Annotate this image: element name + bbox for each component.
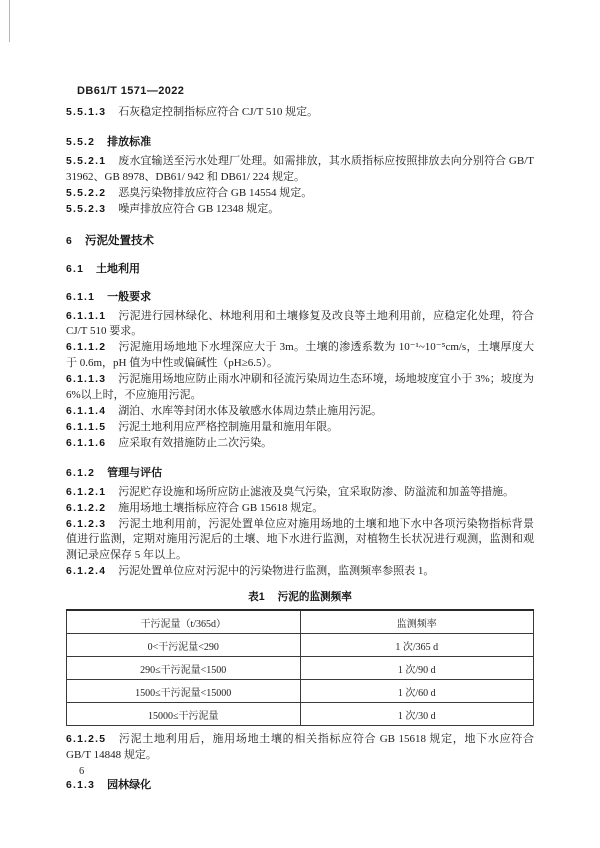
- clause-text: 污泥土地利用前，污泥处置单位应对施用场地的土壤和地下水中各项污染物指标背景值进行…: [66, 518, 534, 562]
- clause-6-1-1-4: 6.1.1.4湖泊、水库等封闭水体及敏感水体周边禁止施用污泥。: [66, 404, 534, 420]
- clause-number: 6.1.2.2: [66, 503, 106, 514]
- clause-6-1-2-1: 6.1.2.1污泥贮存设施和场所应防止滤液及臭气污染，宜采取防渗、防溢流和加盖等…: [66, 485, 534, 501]
- clause-text: 废水宜输送至污水处理厂处理。如需排放，其水质指标应按照排放去向分别符合 GB/T…: [66, 155, 534, 183]
- table-row: 290≤干污泥量<1500 1 次/90 d: [67, 657, 534, 680]
- heading-number: 6: [66, 236, 73, 247]
- table-row: 1500≤干污泥量<15000 1 次/60 d: [67, 680, 534, 703]
- heading-6-1-1: 6.1.1一般要求: [66, 288, 534, 304]
- clause-number: 6.1.2.3: [66, 519, 106, 530]
- table-cell-range: 0<干污泥量<290: [67, 634, 301, 657]
- standard-number-header: DB61/T 1571—2022: [77, 85, 184, 97]
- monitoring-frequency-table: 干污泥量（t/365d） 监测频率 0<干污泥量<290 1 次/365 d 2…: [66, 609, 534, 726]
- clause-6-1-2-4: 6.1.2.4污泥处置单位应对污泥中的污染物进行监测，监测频率参照表 1。: [66, 564, 534, 580]
- clause-text: 湖泊、水库等封闭水体及敏感水体周边禁止施用污泥。: [118, 405, 382, 417]
- clause-number: 6.1.1.5: [66, 422, 106, 433]
- clause-text: 石灰稳定控制指标应符合 CJ/T 510 规定。: [118, 106, 318, 118]
- clause-number: 6.1.1.1: [66, 311, 106, 322]
- heading-number: 6.1.1: [66, 292, 95, 303]
- table-cell-frequency: 1 次/30 d: [300, 703, 534, 726]
- table-header-row: 干污泥量（t/365d） 监测频率: [67, 610, 534, 634]
- table-cell-range: 290≤干污泥量<1500: [67, 657, 301, 680]
- clause-6-1-2-2: 6.1.2.2施用场地土壤指标应符合 GB 15618 规定。: [66, 501, 534, 517]
- clause-text: 污泥施用场地地下水埋深应大于 3m。土壤的渗透系数为 10⁻¹~10⁻⁵cm/s…: [66, 341, 534, 369]
- table-row: 15000≤干污泥量 1 次/30 d: [67, 703, 534, 726]
- table-cell-frequency: 1 次/60 d: [300, 680, 534, 703]
- heading-title: 园林绿化: [107, 776, 151, 792]
- clause-text: 污泥处置单位应对污泥中的污染物进行监测，监测频率参照表 1。: [118, 565, 434, 577]
- heading-title: 排放标准: [107, 133, 151, 149]
- clause-number: 6.1.2.5: [66, 734, 106, 745]
- table-cell-range: 15000≤干污泥量: [67, 703, 301, 726]
- scan-artifact-line: [9, 0, 10, 42]
- document-page: DB61/T 1571—2022 5.5.1.3石灰稳定控制指标应符合 CJ/T…: [0, 0, 600, 848]
- clause-text: 恶臭污染物排放应符合 GB 14554 规定。: [118, 187, 312, 199]
- heading-chapter-6: 6污泥处置技术: [66, 232, 534, 248]
- clause-number: 5.5.2.1: [66, 156, 106, 167]
- heading-5-5-2: 5.5.2排放标准: [66, 133, 534, 149]
- clause-6-1-1-5: 6.1.1.5污泥土地利用应严格控制施用量和施用年限。: [66, 420, 534, 436]
- clause-number: 5.5.1.3: [66, 107, 106, 118]
- table-caption-label: 表1: [248, 589, 265, 604]
- clause-text: 应采取有效措施防止二次污染。: [118, 437, 272, 449]
- heading-title: 管理与评估: [107, 464, 162, 480]
- table-cell-frequency: 1 次/90 d: [300, 657, 534, 680]
- clause-text: 污泥土地利用后，施用场地土壤的相关指标应符合 GB 15618 规定，地下水应符…: [66, 733, 534, 761]
- column-header-frequency: 监测频率: [300, 610, 534, 634]
- clause-text: 施用场地土壤指标应符合 GB 15618 规定。: [118, 502, 323, 514]
- column-header-dry-sludge: 干污泥量（t/365d）: [67, 610, 301, 634]
- table-1-caption: 表1 污泥的监测频率: [66, 589, 534, 604]
- clause-text: 污泥施用场地应防止雨水冲刷和径流污染周边生态环境，场地坡度宜小于 3%；坡度为 …: [66, 373, 534, 401]
- heading-number: 6.1: [66, 264, 84, 275]
- clause-number: 6.1.2.4: [66, 566, 106, 577]
- page-number: 6: [79, 766, 84, 777]
- heading-title: 污泥处置技术: [85, 232, 154, 248]
- clause-5-5-1-3: 5.5.1.3石灰稳定控制指标应符合 CJ/T 510 规定。: [66, 105, 534, 121]
- heading-title: 一般要求: [107, 288, 151, 304]
- heading-number: 6.1.2: [66, 468, 95, 479]
- clause-6-1-2-5: 6.1.2.5污泥土地利用后，施用场地土壤的相关指标应符合 GB 15618 规…: [66, 732, 534, 764]
- clause-text: 噪声排放应符合 GB 12348 规定。: [118, 203, 279, 215]
- clause-text: 污泥土地利用应严格控制施用量和施用年限。: [118, 421, 338, 433]
- clause-5-5-2-3: 5.5.2.3噪声排放应符合 GB 12348 规定。: [66, 202, 534, 218]
- clause-number: 6.1.2.1: [66, 487, 106, 498]
- clause-text: 污泥进行园林绿化、林地利用和土壤修复及改良等土地利用前，应稳定化处理，符合 CJ…: [66, 310, 534, 338]
- heading-number: 6.1.3: [66, 780, 95, 791]
- clause-number: 5.5.2.2: [66, 188, 106, 199]
- table-caption-title: 污泥的监测频率: [278, 589, 352, 604]
- clause-5-5-2-1: 5.5.2.1废水宜输送至污水处理厂处理。如需排放，其水质指标应按照排放去向分别…: [66, 154, 534, 186]
- document-body: 5.5.1.3石灰稳定控制指标应符合 CJ/T 510 规定。 5.5.2排放标…: [66, 105, 534, 797]
- clause-6-1-1-1: 6.1.1.1污泥进行园林绿化、林地利用和土壤修复及改良等土地利用前，应稳定化处…: [66, 309, 534, 341]
- heading-title: 土地利用: [96, 260, 140, 276]
- clause-number: 6.1.1.3: [66, 374, 106, 385]
- heading-6-1-2: 6.1.2管理与评估: [66, 464, 534, 480]
- clause-6-1-2-3: 6.1.2.3污泥土地利用前，污泥处置单位应对施用场地的土壤和地下水中各项污染物…: [66, 517, 534, 565]
- clause-6-1-1-3: 6.1.1.3污泥施用场地应防止雨水冲刷和径流污染周边生态环境，场地坡度宜小于 …: [66, 372, 534, 404]
- clause-number: 6.1.1.6: [66, 438, 106, 449]
- heading-6-1-3: 6.1.3园林绿化: [66, 776, 534, 792]
- clause-number: 5.5.2.3: [66, 204, 106, 215]
- clause-text: 污泥贮存设施和场所应防止滤液及臭气污染，宜采取防渗、防溢流和加盖等措施。: [118, 486, 514, 498]
- table-row: 0<干污泥量<290 1 次/365 d: [67, 634, 534, 657]
- heading-6-1: 6.1土地利用: [66, 260, 534, 276]
- clause-6-1-1-2: 6.1.1.2污泥施用场地地下水埋深应大于 3m。土壤的渗透系数为 10⁻¹~1…: [66, 340, 534, 372]
- clause-number: 6.1.1.2: [66, 342, 106, 353]
- clause-5-5-2-2: 5.5.2.2恶臭污染物排放应符合 GB 14554 规定。: [66, 186, 534, 202]
- table-cell-frequency: 1 次/365 d: [300, 634, 534, 657]
- heading-number: 5.5.2: [66, 137, 95, 148]
- clause-6-1-1-6: 6.1.1.6应采取有效措施防止二次污染。: [66, 436, 534, 452]
- clause-number: 6.1.1.4: [66, 406, 106, 417]
- table-cell-range: 1500≤干污泥量<15000: [67, 680, 301, 703]
